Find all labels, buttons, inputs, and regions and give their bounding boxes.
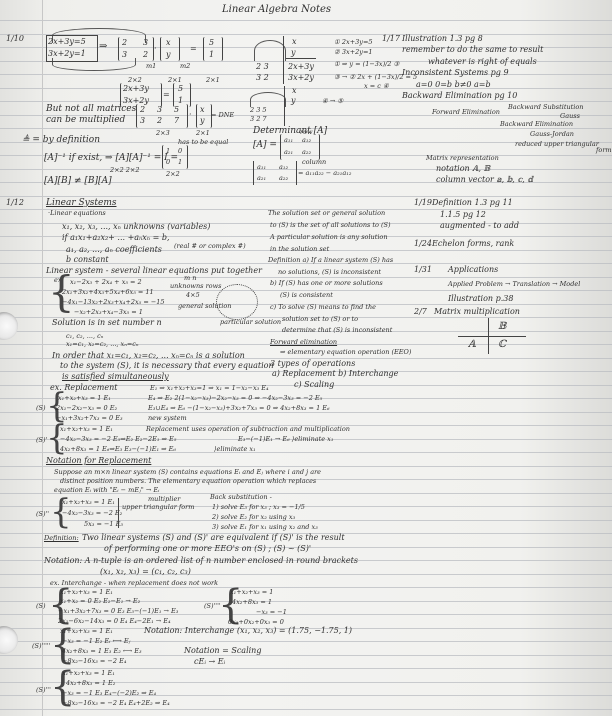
note-line: E₃−(−1)E₁ → E₆ ⟩eliminate x₁: [238, 435, 333, 443]
system-label: (S): [36, 602, 46, 610]
date-label: 1/17: [382, 34, 400, 44]
system-label: (S)'': [36, 510, 49, 518]
matrix-cell: y: [166, 50, 171, 60]
note-line: of performing one or more EEO's on (S) ;…: [104, 544, 311, 554]
note-line: A particular solution is any solution: [270, 233, 388, 241]
system-label: (S)''''': [32, 642, 50, 650]
matrix-cell: a₂₂: [279, 174, 288, 182]
equation: −x₃ = −1 E₃ E₄−(−2)E₂ ⇒ E₄: [62, 689, 156, 697]
operator: =: [190, 44, 197, 54]
graph-row: 2 3: [256, 62, 269, 72]
system-label: (S): [36, 404, 46, 412]
note-line: Forward elimination: [270, 338, 337, 346]
equation: x₁+x₂+x₃ = 1 E₁: [60, 588, 113, 596]
matrix-cell: a₁₁: [257, 163, 266, 171]
note-line: a) Replacement b) Interchange: [272, 369, 398, 379]
ruled-line: [0, 574, 612, 575]
system-label: (S)''': [36, 686, 51, 694]
dimension-label: 2×1: [196, 129, 210, 137]
inverse-line: [A]⁻¹ if exist, ⇒ [A][A]⁻¹ = I =: [44, 153, 178, 163]
note-line: Definition 1.3 pg 11: [432, 198, 513, 208]
var-label: x: [292, 86, 297, 96]
matrix-cell: 3: [157, 105, 162, 115]
noncommutative-line: [A][B] ≠ [B][A]: [44, 176, 112, 186]
equation: 0x₁+0x₂+0x₃ = 0: [228, 618, 284, 626]
var-label: x: [292, 37, 297, 47]
note-line: 1.1.5 pg 12: [440, 210, 486, 220]
note-line: 3 types of operations: [270, 359, 355, 369]
section-heading: Linear Systems: [46, 198, 116, 208]
note-line: x₁, x₂, x₃, ..., xₙ unknowns (variables): [62, 222, 210, 232]
equation: x₁+x₂+x₃ = 1 E₁: [60, 425, 113, 433]
equation: 3x+2y=1: [48, 49, 86, 59]
matrix-cell: a₁₁: [284, 136, 293, 144]
annotation: particular solution: [220, 318, 281, 326]
note-line: ⇒ elementary equation operation (EEO): [280, 348, 411, 356]
page-title: Linear Algebra Notes: [222, 5, 331, 15]
arrow-icon: ⇒: [99, 42, 107, 52]
note-line: Notation: Interchange (x₁, x₂, x₃) = (1.…: [144, 626, 352, 636]
note-line: Applied Problem → Translation → Model: [448, 280, 580, 288]
note-line: column vector 𝕒, 𝕓, 𝕔, 𝕕: [436, 175, 533, 185]
equation: −4x₂−3x₃ = −2 E₅⇒E₂ E₂−2E₁ ⇒ E₅: [60, 435, 176, 443]
annotation: multiplier: [148, 495, 180, 503]
ruled-line: [0, 20, 612, 21]
note-line: Replacement uses operation of subtractio…: [146, 425, 350, 433]
var-label: y: [291, 48, 296, 58]
note-line: x₁=c₁, x₂=c₂, ..., xₙ=cₙ: [66, 340, 139, 348]
equation: 4x₂+8x₃ = 1 E₆⇒E₃ E₃−(−1)E₁ ⇒ E₆: [60, 445, 176, 453]
graph-col: 3x+2y: [288, 73, 314, 83]
equation: −x₂+2x₃+x₄−3x₅ = 1: [74, 308, 143, 316]
definition-label: Definition:: [44, 534, 79, 542]
date-label: 1/12: [6, 198, 24, 208]
notebook-page: Linear Algebra Notes 1/10 1/12 1/17 1/19…: [0, 0, 612, 716]
note-line: Forward Elimination: [432, 108, 500, 116]
note-line: 3) solve E₁ for x₁ using x₂ and x₃: [212, 523, 318, 531]
note-line: E₁ ⇒ x₁+x₂+x₃=1 ⇒ x₁ = 1−x₂−x₃ E₄: [150, 384, 269, 392]
dimension-label: 2×1: [206, 76, 220, 84]
step: ① ⇒ y = (1−3x)/2 ③: [334, 60, 399, 68]
note-line: Backward Elimination pg 10: [402, 91, 517, 101]
graph-col: 2x+3y: [288, 62, 314, 72]
subheading: Notation for Replacement: [46, 456, 151, 466]
note-line: ⟩eliminate x₁: [214, 445, 256, 453]
equation: 4x₂+8x₃ = 1 E₂: [66, 679, 115, 687]
note-line: Solution is in set number n: [52, 318, 162, 328]
note-line: Illustration 1.3 pg 8: [402, 34, 483, 44]
divider: [284, 86, 285, 126]
date-label: 1/24: [414, 239, 432, 249]
note-line: distinct position numbers. The elementar…: [60, 477, 316, 485]
matrix-cell: 3: [140, 116, 145, 126]
matrix-cell: x: [200, 105, 205, 115]
note-line: solution set to (S) or to: [282, 315, 358, 323]
note-line: Echelon forms, rank: [432, 239, 514, 249]
step: ④ → ⑤: [322, 97, 343, 105]
matrix-cell: 2x+3y: [123, 84, 149, 94]
matrix-cell: a₁₂: [279, 163, 288, 171]
note-line: Backward Elimination: [500, 120, 573, 128]
note-line: notation 𝔸, 𝔹: [436, 164, 490, 174]
note-line: b constant: [66, 255, 109, 265]
divider: [283, 36, 284, 84]
operator: ·: [154, 44, 157, 54]
note-line: no solutions, (S) is inconsistent: [278, 268, 381, 276]
matrix-cell: 1: [178, 158, 182, 166]
annotation: upper triangular form: [122, 503, 194, 511]
matrix-cell: 5: [209, 38, 214, 48]
equation: 4x₂+8x₃ = 1: [232, 598, 272, 606]
note-line: c) Scaling: [294, 380, 334, 390]
table-divider: [458, 336, 526, 337]
matrix-cell: 0: [166, 158, 170, 166]
note-line: c) To solve (S) means to find the: [270, 303, 376, 311]
equation: 2x₁−2x₂−x₃ = 0 E₂: [56, 404, 117, 412]
matrix-cell: a₂₁: [284, 148, 293, 156]
note-line: Illustration p.38: [448, 294, 513, 304]
equation: x₁+x₂+x₃ = 1 E₁: [62, 669, 115, 677]
matrix-cell: 3: [122, 50, 127, 60]
operator: =: [163, 90, 170, 100]
note-line: augmented - to add: [440, 221, 519, 231]
ruled-line: [0, 506, 612, 507]
matrix-label: m2: [180, 62, 190, 70]
note-text: But not all matrices: [46, 104, 136, 114]
equation: −8x₂−16x₃ = −2 E₄ E₄+2E₂ ⇒ E₄: [62, 699, 170, 707]
note-line: if a₁x₁+a₂x₂+ ... +aₙxₙ = b,: [62, 233, 170, 243]
subheading: ·Linear equations: [48, 209, 106, 217]
equation: x₁−2x₃ + 2x₄ + x₅ = 2: [70, 278, 142, 286]
divider: [286, 58, 316, 59]
matrix-cell: a₁₂: [302, 136, 311, 144]
note-line: whatever is right of equals: [428, 57, 537, 67]
matrix-cell: 5: [174, 105, 179, 115]
ruled-line: [0, 101, 612, 102]
equation: −4x₂−3x₃ = −2 E₂: [62, 509, 122, 517]
note-line: Notation = Scaling: [184, 646, 261, 656]
row-label: row: [300, 128, 313, 136]
equation: −x₃ = −1 E₂ Eᵢ ⟷ Eⱼ: [62, 637, 130, 645]
ruled-line: [0, 196, 612, 197]
arrow-arc: [254, 40, 286, 61]
matrix-cell: a₂₂: [302, 148, 311, 156]
note-line: Applications: [448, 265, 498, 275]
matrix-cell: a₂₁: [257, 174, 266, 182]
equation: 2x₁+3x₂+4x₃+5x₄+6x₅ = 11: [62, 288, 154, 296]
equation: x₁+x₂+x₃ = 1 E₁: [58, 394, 111, 402]
graph-row: 3 2 7: [250, 115, 267, 123]
matrix-cell: 2: [157, 116, 162, 126]
column-label: column: [302, 158, 326, 166]
note-line: to the system (S), it is necessary that …: [60, 361, 274, 371]
matrix-cell: 3: [143, 38, 148, 48]
date-label: 2/7: [414, 307, 427, 317]
ruled-line: [0, 709, 612, 710]
equation: x₁+x₂+x₃ = 1: [230, 588, 273, 596]
step: x = c ④: [364, 82, 389, 90]
note-line: Suppose an m×n linear system (S) contain…: [54, 468, 321, 476]
note-line: Two linear systems (S) and (S)' are equi…: [82, 533, 345, 543]
ruled-line: [0, 88, 612, 89]
note-line: reduced upper triangular: [515, 140, 599, 148]
note-line: Matrix representation: [426, 154, 499, 162]
operator: ·: [189, 110, 192, 120]
dimension-label: 2×2 2×2: [110, 166, 140, 174]
note-line: The solution set or general solution: [268, 209, 385, 217]
matrix-cell: 1: [209, 50, 214, 60]
matrix-b-label: 𝔹: [498, 322, 506, 332]
annotation: 4×5: [186, 291, 200, 299]
equation: −x₃ = −1: [256, 608, 287, 616]
note-line: Backward Substitution: [508, 103, 583, 111]
note-line: c₁, c₂, ..., cₙ: [66, 332, 103, 340]
var-label: y: [291, 96, 296, 106]
annotation: m n: [184, 274, 196, 282]
note-line: determine that (S) is inconsistent: [282, 326, 392, 334]
matrix-a-label: 𝔸: [468, 340, 476, 350]
matrix-cell: 2: [143, 50, 148, 60]
note-line: a₁, a₂, ..., aₙ coefficients: [66, 245, 162, 255]
note-line: ex. Interchange - when replacement does …: [50, 579, 218, 587]
determinant-label: [A] =: [253, 140, 277, 150]
dne-label: = DNE: [211, 111, 234, 119]
note-line: 2) solve E₂ for x₂ using x₃: [212, 513, 295, 521]
note-line: (real # or complex #): [174, 242, 246, 250]
equation: E₄ ⇒ E₂ 2(1−x₂−x₃)−2x₂−x₃ = 0 ⇒ −4x₂−3x₃…: [148, 394, 322, 402]
note-line: Matrix multiplication: [434, 307, 520, 317]
ruled-line: [0, 412, 612, 413]
ruled-line: [0, 655, 612, 656]
note-line: in the solution set: [270, 245, 329, 253]
note-line: Notation: A n-tuple is an ordered list o…: [44, 556, 358, 566]
note-line: Gauss-Jordan: [530, 130, 574, 138]
note-text: can be multiplied: [46, 115, 125, 125]
date-label: 1/31: [414, 265, 432, 275]
note-line: Inconsistent Systems pg 9: [402, 68, 509, 78]
note-line: (S) is consistent: [280, 291, 333, 299]
annotation: general solution: [178, 302, 231, 310]
ruled-line: [0, 466, 612, 467]
note-line: Back substitution -: [210, 493, 272, 501]
note-line: In order that x₁=c₁, x₂=c₂, ... xₙ=cₙ is…: [52, 351, 245, 361]
date-label: 1/10: [6, 34, 24, 44]
step: ① 2x+3y=5: [334, 38, 373, 46]
equation: 4x₂+8x₃ = 1 E₃ E₂ ⟷ E₃: [62, 647, 142, 655]
equation: x₁+x₂ = 0 E₂ E₂−E₁ → E₂: [60, 597, 140, 605]
equation: x₁+x₂+x₃ = 1 E₁: [62, 498, 115, 506]
matrix-cell: 2: [122, 38, 127, 48]
equation: −x₁+3x₂+7x₃ = 0 E₃ E₃−(−1)E₁ → E₃: [58, 607, 178, 615]
equation: x₁+x₂+x₃ = 1 E₁: [60, 627, 113, 635]
note-line: (x₁, x₂, x₃) = (c₁, c₂, c₃): [100, 567, 191, 577]
note-line: Definition a) If a linear system (S) has: [268, 256, 393, 264]
note-line: Linear system - several linear equations…: [46, 266, 262, 276]
dimension-label: 2×2: [166, 170, 180, 178]
equation: −4x₁−13x₂+2x₃+x₄+2x₅ = −15: [62, 298, 165, 306]
matrix-cell: 2: [140, 105, 145, 115]
definition-line: ≜ = by definition: [22, 135, 100, 145]
annotation: unknowns rows: [170, 282, 221, 290]
arrow-arc: [250, 92, 286, 107]
note-line: cEᵢ → Eᵢ: [194, 657, 225, 667]
date-label: 1/19: [414, 198, 432, 208]
matrix-cell: 0: [178, 147, 182, 155]
matrix-cell: 7: [174, 116, 179, 126]
note-line: remember to do the same to result: [402, 45, 543, 55]
equation: 2x+3y=5: [48, 37, 86, 47]
note-line: 1) solve E₃ for x₃ ; x₃ = −1/5: [212, 503, 305, 511]
matrix-cell: x: [166, 38, 171, 48]
matrix-cell: 5: [178, 84, 183, 94]
punch-hole: [0, 626, 18, 654]
divider: [118, 498, 119, 528]
note-line: Gauss: [560, 112, 580, 120]
step: ② 3x+2y=1: [334, 48, 373, 56]
graph-row: 2 3 5: [250, 106, 267, 114]
note-line: form: [596, 146, 612, 154]
matrix-c-label: ℂ: [498, 340, 506, 350]
matrix-cell: y: [200, 116, 205, 126]
matrix-label: m1: [146, 62, 156, 70]
note-line: b) If (S) has one or more solutions: [270, 279, 383, 287]
note-line: new system: [148, 414, 187, 422]
note-line: to (S) is the set of all solutions to (S…: [270, 221, 391, 229]
equation: E₃∪E₄ ⇒ E₆ −(1−x₂−x₃)+3x₂+7x₃ = 0 ⇒ 4x₂+…: [148, 404, 330, 412]
graph-row: 3 2: [256, 73, 269, 83]
matrix-cell: 1: [166, 147, 170, 155]
note-line: a=0 0=b b≠0 a=b: [416, 80, 491, 90]
determinant-formula: = a₁₁a₂₂ − a₂₁a₁₂: [298, 169, 351, 177]
note-line: is satisfied simultaneously: [62, 372, 169, 382]
dimension-label: 2×3: [156, 129, 170, 137]
